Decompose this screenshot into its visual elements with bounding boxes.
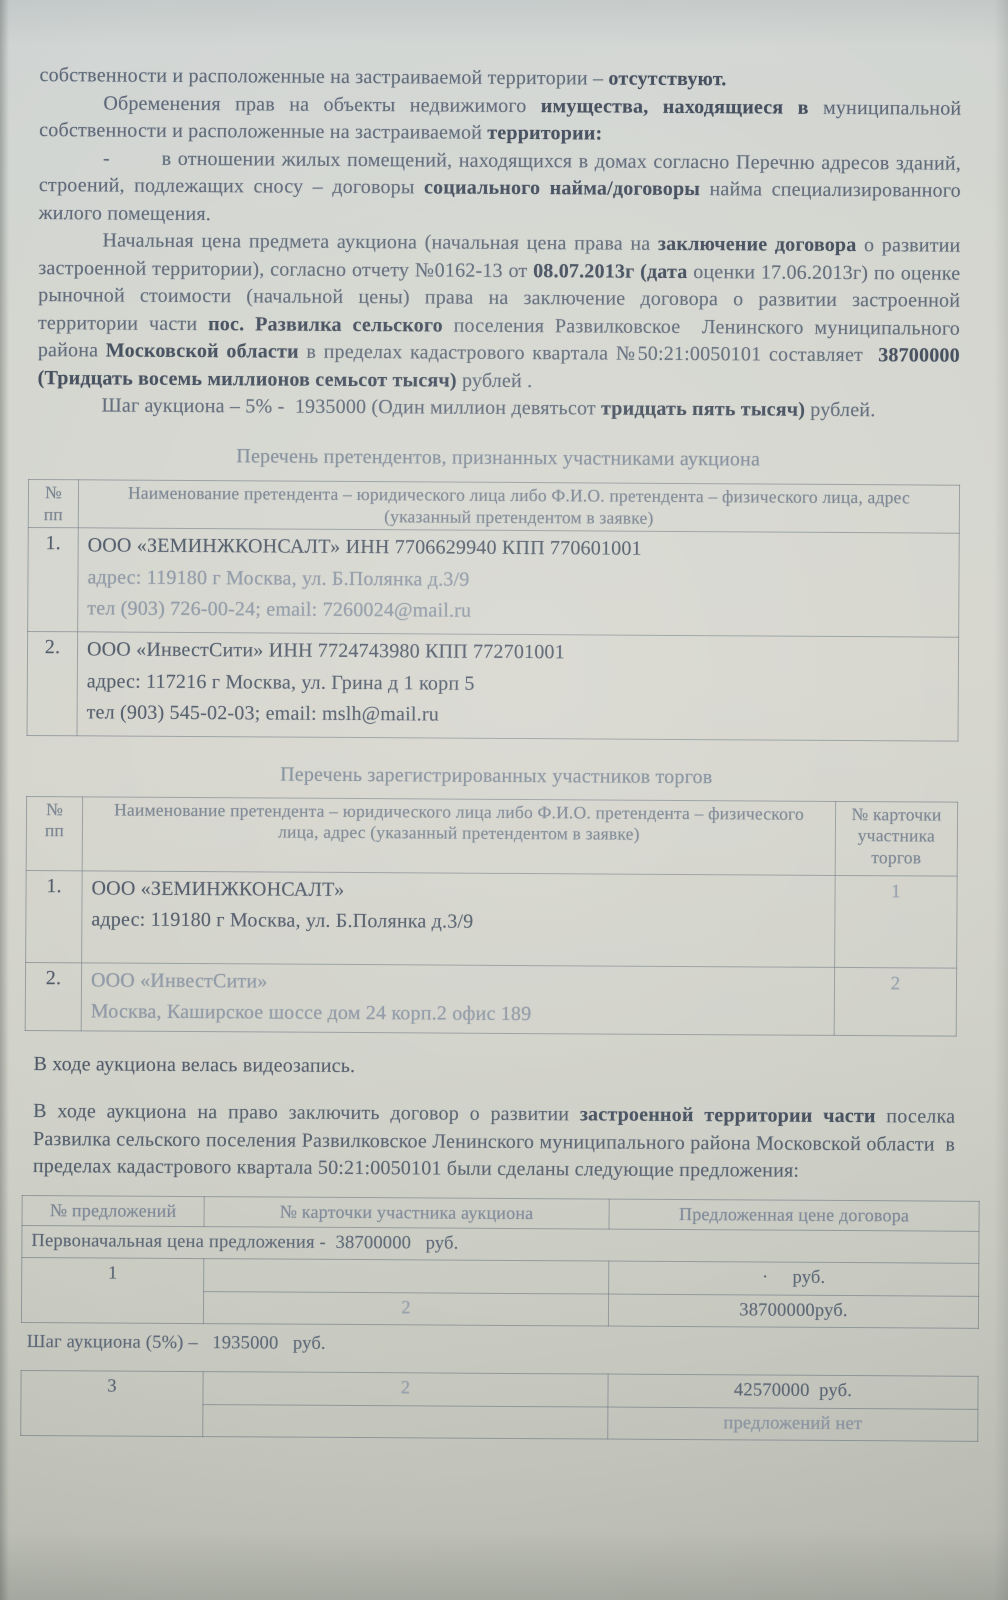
cell-participant-info: ООО «ЗЕМИНЖКОНСАЛТ» адрес: 119180 г Моск… — [82, 870, 836, 967]
bids-table: № предложений № карточки участника аукци… — [21, 1194, 980, 1328]
claimant-name-line: ООО «ЗЕМИНЖКОНСАЛТ» ИНН 7706629940 КПП 7… — [88, 530, 950, 567]
participant-row-1: 1. ООО «ЗЕМИНЖКОНСАЛТ» адрес: 119180 г М… — [26, 870, 958, 968]
registered-table-header-row: № пп Наименование претендента – юридичес… — [26, 796, 957, 876]
cell-offered-price: · руб. — [609, 1261, 979, 1296]
col-header-card-number: № карточки участника торгов — [835, 801, 957, 876]
col-header-participant-name: Наименование претендента – юридического … — [82, 796, 835, 875]
cell-row-number: 2. — [25, 962, 81, 1030]
participant-row-2: 2. ООО «ИнвестСити» Москва, Каширское шо… — [25, 962, 956, 1036]
participant-name-line: ООО «ИнвестСити» — [91, 965, 825, 1001]
cell-bid-number: 3 — [21, 1370, 203, 1436]
cell-card-number: 1 — [835, 875, 958, 968]
scanned-document-page: собственности и расположенные на застраи… — [0, 0, 1008, 1442]
cell-claimant-info: ООО «ИнвестСити» ИНН 7724743980 КПП 7727… — [77, 632, 959, 741]
col-header-claimant-name: Наименование претендента – юридического … — [78, 480, 959, 533]
col-header-participant-card: № карточки участника аукциона — [204, 1196, 609, 1228]
participant-name-line: ООО «ЗЕМИНЖКОНСАЛТ» — [91, 873, 825, 909]
paragraph-bids-intro: В ходе аукциона на право заключить догов… — [33, 1098, 955, 1186]
cell-row-number: 2. — [27, 631, 78, 735]
section-title-registered: Перечень зарегистрированных участников т… — [35, 760, 957, 793]
paragraph-initial-price: Начальная цена предмета аукциона (началь… — [38, 227, 961, 398]
cell-row-number: 1. — [26, 870, 83, 962]
paragraph-video-recording: В ходе аукциона велась видеозапись. — [33, 1051, 955, 1084]
registered-participants-table: № пп Наименование претендента – юридичес… — [25, 795, 958, 1036]
claimant-contact-line: тел (903) 545-02-03; email: mslh@mail.ru — [87, 697, 949, 734]
bid-1-row-a: 1 · руб. — [22, 1257, 979, 1295]
claimants-table: № пп Наименование претендента – юридичес… — [27, 479, 961, 742]
cell-participant-card — [204, 1259, 609, 1294]
cell-card-number: 2 — [834, 967, 956, 1036]
participant-address-line: адрес: 119180 г Москва, ул. Б.Полянка д.… — [91, 904, 825, 940]
cell-row-number: 1. — [28, 527, 79, 631]
auction-step-row: Шаг аукциона (5%) – 1935000 руб. — [21, 1323, 954, 1363]
paragraph-residential-contracts: - в отношении жилых помещений, находящих… — [39, 145, 961, 233]
col-header-offered-price: Предложенная цене договора — [609, 1199, 979, 1231]
claimants-table-header-row: № пп Наименование претендента – юридичес… — [28, 480, 959, 534]
claimant-address-line: адрес: 119180 г Москва, ул. Б.Полянка д.… — [87, 562, 949, 599]
claimant-name-line: ООО «ИнвестСити» ИНН 7724743980 КПП 7727… — [87, 634, 949, 671]
col-header-num: № пп — [26, 796, 82, 870]
claimant-contact-line: тел (903) 726-00-24; email: 7260024@mail… — [87, 593, 949, 630]
cell-offered-price: предложений нет — [608, 1407, 978, 1442]
cell-bid-number: 1 — [21, 1257, 203, 1323]
cell-claimant-info: ООО «ЗЕМИНЖКОНСАЛТ» ИНН 7706629940 КПП 7… — [78, 528, 960, 637]
paragraph-auction-step: Шаг аукциона – 5% - 1935000 (Один миллио… — [37, 392, 959, 425]
cell-offered-price: 38700000руб. — [608, 1294, 978, 1329]
cell-offered-price: 42570000 руб. — [608, 1374, 978, 1409]
col-header-num: № пп — [28, 480, 78, 528]
cell-participant-card: 2 — [203, 1291, 608, 1326]
bid-3-row-a: 3 2 42570000 руб. — [21, 1370, 978, 1408]
claimant-row-1: 1. ООО «ЗЕМИНЖКОНСАЛТ» ИНН 7706629940 КП… — [28, 527, 960, 637]
cell-participant-card: 2 — [203, 1372, 608, 1407]
claimant-row-2: 2. ООО «ИнвестСити» ИНН 7724743980 КПП 7… — [27, 631, 959, 741]
claimant-address-line: адрес: 117216 г Москва, ул. Грина д 1 ко… — [87, 666, 949, 703]
section-title-claimants: Перечень претендентов, признанных участн… — [37, 442, 959, 475]
participant-address-line: Москва, Каширское шоссе дом 24 корп.2 оф… — [91, 996, 825, 1032]
paragraph-encumbrances-municipal: Обременения прав на объекты недвижимого … — [39, 90, 961, 151]
cell-participant-card — [203, 1404, 608, 1439]
cell-participant-info: ООО «ИнвестСити» Москва, Каширское шоссе… — [81, 962, 834, 1035]
col-header-bid-number: № предложений — [22, 1195, 204, 1226]
bids-table-continued: 3 2 42570000 руб. предложений нет — [20, 1370, 978, 1442]
